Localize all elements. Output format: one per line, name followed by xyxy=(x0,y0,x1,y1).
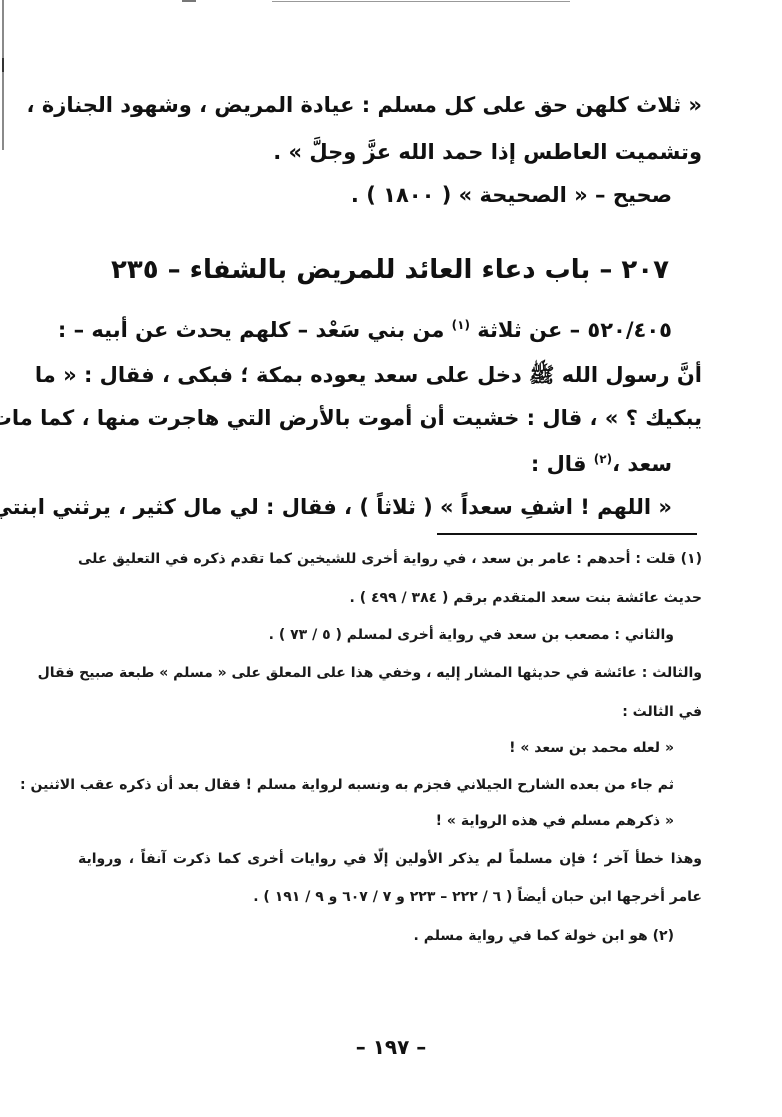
hadith-line-4: سعد ،(٢) قال : xyxy=(531,449,672,479)
footnote-line: وهذا خطأ آخر ؛ فإن مسلماً لم يذكر الأولي… xyxy=(78,848,702,870)
previous-hadith-line-2: وتشميت العاطس إذا حمد الله عزَّ وجلَّ » … xyxy=(273,137,702,167)
chapter-heading: ٢٠٧ – باب دعاء العائد للمريض بالشفاء – ٢… xyxy=(78,252,702,288)
footnote-line: « ذكرهم مسلم في هذه الرواية » ! xyxy=(436,810,674,832)
scan-border-top-mark xyxy=(182,0,196,2)
hadith-grading: صحيح – « الصحيحة » ( ١٨٠٠ ) . xyxy=(351,180,672,210)
footnote-line: (٢) هو ابن خولة كما في رواية مسلم . xyxy=(414,925,674,947)
hadith-text: سعد ، xyxy=(612,452,672,476)
previous-hadith-line-1: « ثلاث كلهن حق على كل مسلم : عيادة المري… xyxy=(78,90,702,120)
footnote-line: (١) قلت : أحدهم : عامر بن سعد ، في رواية… xyxy=(78,548,702,570)
hadith-line-1: ٥٢٠/٤٠٥ – عن ثلاثة (١) من بني سَعْد – كل… xyxy=(58,315,672,345)
footnote-line: حديث عائشة بنت سعد المتقدم برقم ( ٣٨٤ / … xyxy=(350,587,702,609)
scan-border-top xyxy=(272,1,570,2)
footnote-line: في الثالث : xyxy=(622,701,702,723)
page-number: – ١٩٧ – xyxy=(0,1035,782,1059)
hadith-narrators-cont: من بني سَعْد – كلهم يحدث عن أبيه – : xyxy=(58,318,444,342)
footnote-line: ثم جاء من بعده الشارح الجيلاني فجزم به و… xyxy=(20,774,674,796)
footnote-marker-1[interactable]: (١) xyxy=(452,318,470,332)
hadith-line-3: يبكيك ؟ » ، قال : خشيت أن أموت بالأرض ال… xyxy=(78,403,702,433)
footnote-line: والثاني : مصعب بن سعد في رواية أخرى لمسل… xyxy=(269,624,674,646)
hadith-text: قال : xyxy=(531,452,587,476)
hadith-line-5: « اللهم ! اشفِ سعداً » ( ثلاثاً ) ، فقال… xyxy=(0,492,672,522)
footnote-line: « لعله محمد بن سعد » ! xyxy=(509,737,674,759)
hadith-line-2: أنَّ رسول الله ﷺ دخل على سعد يعوده بمكة … xyxy=(78,360,702,390)
footnote-marker-2[interactable]: (٢) xyxy=(594,452,612,466)
scan-border-left xyxy=(2,0,4,150)
footnote-separator xyxy=(437,533,697,535)
hadith-number-and-narrators: ٥٢٠/٤٠٥ – عن ثلاثة xyxy=(477,318,672,342)
footnote-line: عامر أخرجها ابن حبان أيضاً ( ٦ / ٢٢٢ – ٢… xyxy=(253,886,702,908)
scan-border-left-mark xyxy=(2,58,4,72)
footnote-line: والثالث : عائشة في حديثها المشار إليه ، … xyxy=(78,662,702,684)
